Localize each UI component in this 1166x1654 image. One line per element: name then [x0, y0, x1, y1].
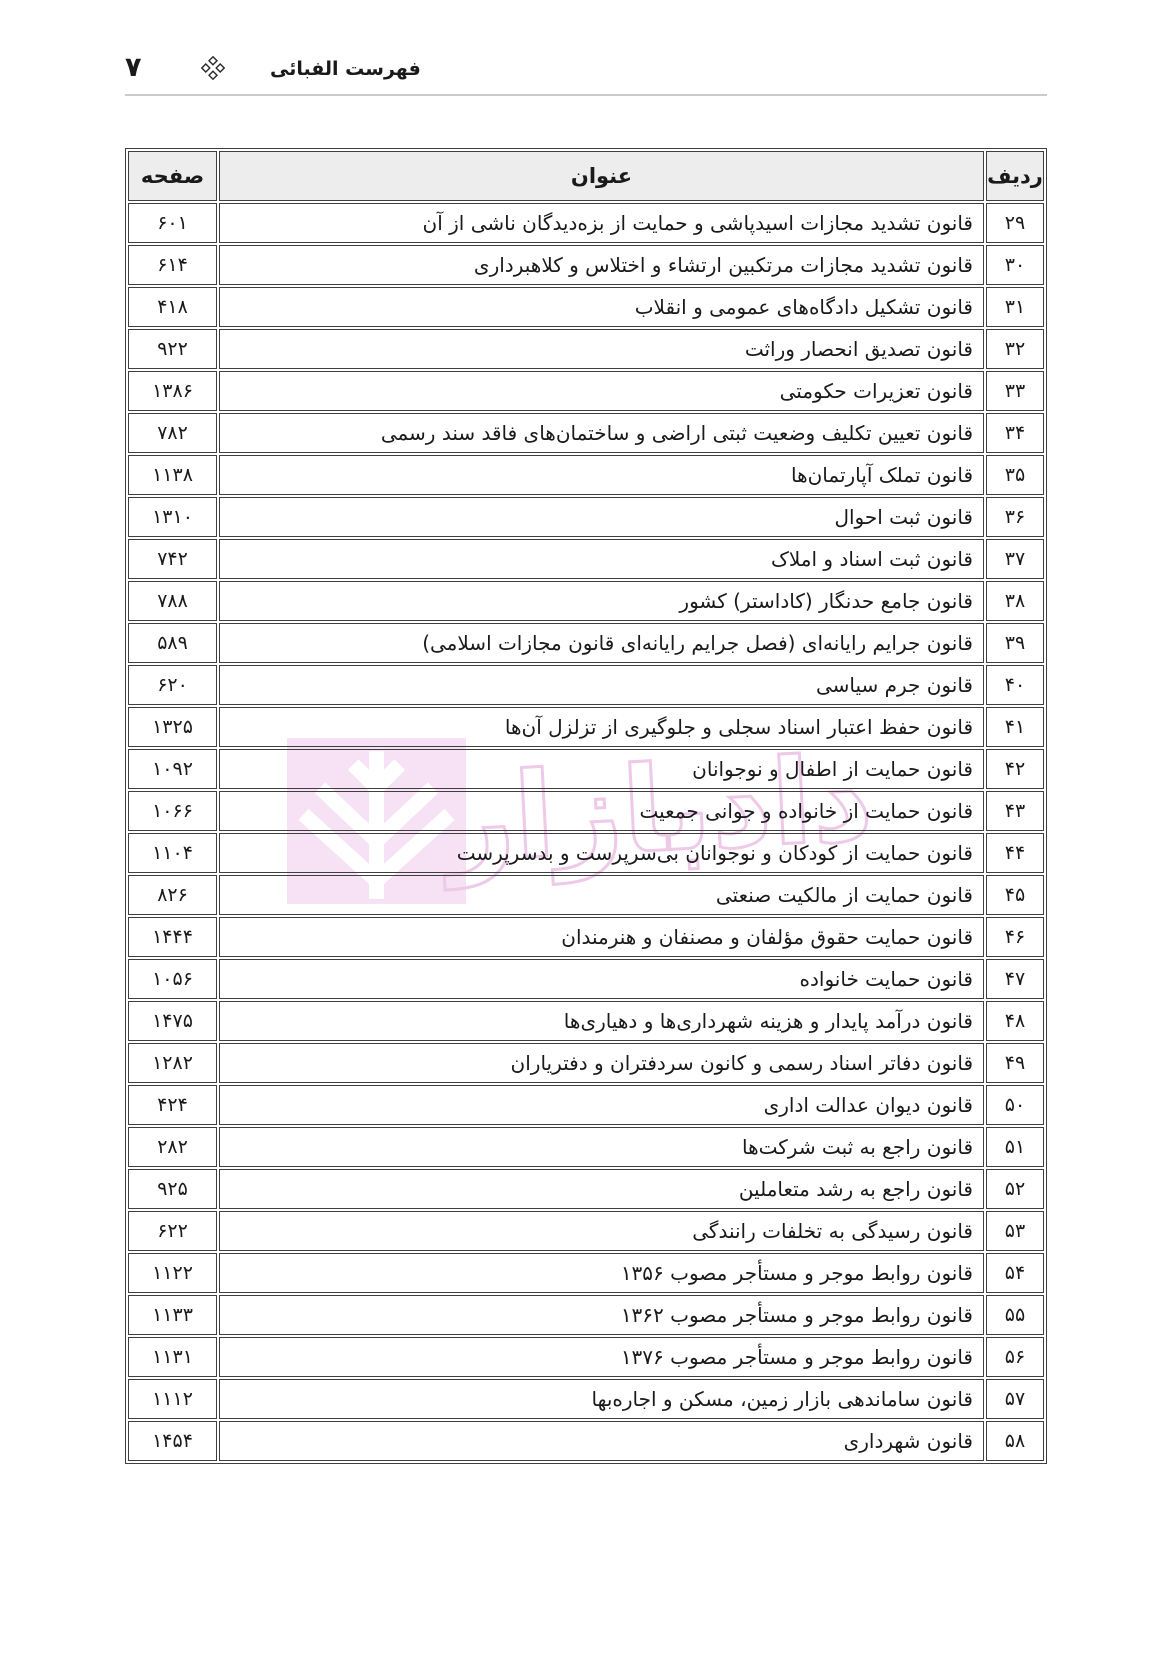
title-cell: قانون تشکیل دادگاه‌های عمومی و انقلاب: [219, 287, 984, 327]
document-page: { "page": { "number": "۷", "header_title…: [0, 0, 1166, 1654]
table-row: ۳۴قانون تعیین تکلیف وضعیت ثبتی اراضی و س…: [128, 413, 1044, 453]
row-number-cell: ۴۸: [986, 1001, 1044, 1041]
row-number-cell: ۳۱: [986, 287, 1044, 327]
row-number-cell: ۵۶: [986, 1337, 1044, 1377]
title-cell: قانون جرایم رایانه‌ای (فصل جرایم رایانه‌…: [219, 623, 984, 663]
table-row: ۴۸قانون درآمد پایدار و هزینه شهرداری‌ها …: [128, 1001, 1044, 1041]
table-row: ۳۰قانون تشدید مجازات مرتکبین ارتشاء و اخ…: [128, 245, 1044, 285]
page-cell: ۱۱۰۴: [128, 833, 217, 873]
table-row: ۴۰قانون جرم سیاسی۶۲۰: [128, 665, 1044, 705]
table-row: ۳۹قانون جرایم رایانه‌ای (فصل جرایم رایان…: [128, 623, 1044, 663]
title-cell: قانون روابط موجر و مستأجر مصوب ۱۳۵۶: [219, 1253, 984, 1293]
table-row: ۵۱قانون راجع به ثبت شرکت‌ها۲۸۲: [128, 1127, 1044, 1167]
page-cell: ۱۰۹۲: [128, 749, 217, 789]
row-number-cell: ۴۴: [986, 833, 1044, 873]
table-row: ۴۳قانون حمایت از خانواده و جوانی جمعیت۱۰…: [128, 791, 1044, 831]
row-number-cell: ۳۴: [986, 413, 1044, 453]
title-cell: قانون حمایت حقوق مؤلفان و مصنفان و هنرمن…: [219, 917, 984, 957]
row-number-cell: ۵۰: [986, 1085, 1044, 1125]
table-row: ۵۰قانون دیوان عدالت اداری۴۲۴: [128, 1085, 1044, 1125]
page-cell: ۱۳۲۵: [128, 707, 217, 747]
page-cell: ۲۸۲: [128, 1127, 217, 1167]
title-cell: قانون جرم سیاسی: [219, 665, 984, 705]
title-cell: قانون روابط موجر و مستأجر مصوب ۱۳۷۶: [219, 1337, 984, 1377]
page-cell: ۱۱۲۲: [128, 1253, 217, 1293]
row-number-cell: ۳۷: [986, 539, 1044, 579]
table-body: ۲۹قانون تشدید مجازات اسیدپاشی و حمایت از…: [128, 203, 1044, 1461]
page-cell: ۷۸۲: [128, 413, 217, 453]
title-cell: قانون شهرداری: [219, 1421, 984, 1461]
row-number-cell: ۵۲: [986, 1169, 1044, 1209]
table-row: ۳۲قانون تصدیق انحصار وراثت۹۲۲: [128, 329, 1044, 369]
title-cell: قانون ساماندهی بازار زمین، مسکن و اجاره‌…: [219, 1379, 984, 1419]
page-cell: ۱۱۱۲: [128, 1379, 217, 1419]
header-cell-page: صفحه: [128, 151, 217, 201]
law-index-table: ردیف عنوان صفحه ۲۹قانون تشدید مجازات اسی…: [125, 148, 1047, 1464]
page-cell: ۱۱۳۱: [128, 1337, 217, 1377]
page-cell: ۱۴۵۴: [128, 1421, 217, 1461]
table-row: ۴۹قانون دفاتر اسناد رسمی و کانون سردفترا…: [128, 1043, 1044, 1083]
table-header-row: ردیف عنوان صفحه: [128, 151, 1044, 201]
table-row: ۳۳قانون تعزیرات حکومتی۱۳۸۶: [128, 371, 1044, 411]
title-cell: قانون حمایت از خانواده و جوانی جمعیت: [219, 791, 984, 831]
table-row: ۳۶قانون ثبت احوال۱۳۱۰: [128, 497, 1044, 537]
row-number-cell: ۴۷: [986, 959, 1044, 999]
page-header: ۷ فهرست الفبائی: [125, 48, 1047, 92]
row-number-cell: ۳۰: [986, 245, 1044, 285]
table-row: ۵۵قانون روابط موجر و مستأجر مصوب ۱۳۶۲۱۱۳…: [128, 1295, 1044, 1335]
title-cell: قانون روابط موجر و مستأجر مصوب ۱۳۶۲: [219, 1295, 984, 1335]
title-cell: قانون دیوان عدالت اداری: [219, 1085, 984, 1125]
title-cell: قانون تشدید مجازات مرتکبین ارتشاء و اختل…: [219, 245, 984, 285]
title-cell: قانون تعیین تکلیف وضعیت ثبتی اراضی و ساخ…: [219, 413, 984, 453]
page-title: فهرست الفبائی: [270, 54, 421, 84]
row-number-cell: ۵۵: [986, 1295, 1044, 1335]
page-cell: ۶۲۲: [128, 1211, 217, 1251]
page-cell: ۴۱۸: [128, 287, 217, 327]
title-cell: قانون دفاتر اسناد رسمی و کانون سردفتران …: [219, 1043, 984, 1083]
page-cell: ۱۴۷۵: [128, 1001, 217, 1041]
title-cell: قانون ثبت اسناد و املاک: [219, 539, 984, 579]
title-cell: قانون حمایت خانواده: [219, 959, 984, 999]
title-cell: قانون تشدید مجازات اسیدپاشی و حمایت از ب…: [219, 203, 984, 243]
title-cell: قانون حمایت از اطفال و نوجوانان: [219, 749, 984, 789]
row-number-cell: ۴۶: [986, 917, 1044, 957]
title-cell: قانون رسیدگی به تخلفات رانندگی: [219, 1211, 984, 1251]
table-row: ۴۴قانون حمایت از کودکان و نوجوانان بی‌سر…: [128, 833, 1044, 873]
row-number-cell: ۴۳: [986, 791, 1044, 831]
title-cell: قانون حمایت از مالکیت صنعتی: [219, 875, 984, 915]
page-cell: ۵۸۹: [128, 623, 217, 663]
title-cell: قانون حمایت از کودکان و نوجوانان بی‌سرپر…: [219, 833, 984, 873]
table-row: ۵۶قانون روابط موجر و مستأجر مصوب ۱۳۷۶۱۱۳…: [128, 1337, 1044, 1377]
row-number-cell: ۳۹: [986, 623, 1044, 663]
table-row: ۵۲قانون راجع به رشد متعاملین۹۲۵: [128, 1169, 1044, 1209]
row-number-cell: ۳۸: [986, 581, 1044, 621]
title-cell: قانون تملک آپارتمان‌ها: [219, 455, 984, 495]
table-row: ۴۶قانون حمایت حقوق مؤلفان و مصنفان و هنر…: [128, 917, 1044, 957]
table-row: ۵۷قانون ساماندهی بازار زمین، مسکن و اجار…: [128, 1379, 1044, 1419]
row-number-cell: ۴۲: [986, 749, 1044, 789]
title-cell: قانون راجع به رشد متعاملین: [219, 1169, 984, 1209]
page-cell: ۱۳۱۰: [128, 497, 217, 537]
row-number-cell: ۵۸: [986, 1421, 1044, 1461]
table-row: ۳۱قانون تشکیل دادگاه‌های عمومی و انقلاب۴…: [128, 287, 1044, 327]
title-cell: قانون راجع به ثبت شرکت‌ها: [219, 1127, 984, 1167]
page-cell: ۴۲۴: [128, 1085, 217, 1125]
table-row: ۴۲قانون حمایت از اطفال و نوجوانان۱۰۹۲: [128, 749, 1044, 789]
table-row: ۴۵قانون حمایت از مالکیت صنعتی۸۲۶: [128, 875, 1044, 915]
table-row: ۴۱قانون حفظ اعتبار اسناد سجلی و جلوگیری …: [128, 707, 1044, 747]
page-cell: ۱۰۶۶: [128, 791, 217, 831]
page-cell: ۸۲۶: [128, 875, 217, 915]
table-row: ۳۸قانون جامع حدنگار (کاداستر) کشور۷۸۸: [128, 581, 1044, 621]
page-cell: ۷۸۸: [128, 581, 217, 621]
row-number-cell: ۴۹: [986, 1043, 1044, 1083]
title-cell: قانون جامع حدنگار (کاداستر) کشور: [219, 581, 984, 621]
row-number-cell: ۴۱: [986, 707, 1044, 747]
table-row: ۳۷قانون ثبت اسناد و املاک۷۴۲: [128, 539, 1044, 579]
title-cell: قانون حفظ اعتبار اسناد سجلی و جلوگیری از…: [219, 707, 984, 747]
page-cell: ۱۳۸۶: [128, 371, 217, 411]
row-number-cell: ۳۲: [986, 329, 1044, 369]
row-number-cell: ۵۴: [986, 1253, 1044, 1293]
title-cell: قانون تعزیرات حکومتی: [219, 371, 984, 411]
header-divider: [125, 94, 1047, 96]
row-number-cell: ۵۷: [986, 1379, 1044, 1419]
page-cell: ۶۰۱: [128, 203, 217, 243]
row-number-cell: ۴۰: [986, 665, 1044, 705]
row-number-cell: ۳۵: [986, 455, 1044, 495]
header-cell-row-number: ردیف: [986, 151, 1044, 201]
page-cell: ۹۲۲: [128, 329, 217, 369]
table-row: ۵۳قانون رسیدگی به تخلفات رانندگی۶۲۲: [128, 1211, 1044, 1251]
page-cell: ۱۰۵۶: [128, 959, 217, 999]
table-row: ۵۴قانون روابط موجر و مستأجر مصوب ۱۳۵۶۱۱۲…: [128, 1253, 1044, 1293]
page-cell: ۱۱۳۸: [128, 455, 217, 495]
page-cell: ۶۲۰: [128, 665, 217, 705]
page-cell: ۹۲۵: [128, 1169, 217, 1209]
page-cell: ۷۴۲: [128, 539, 217, 579]
row-number-cell: ۳۳: [986, 371, 1044, 411]
page-cell: ۱۲۸۲: [128, 1043, 217, 1083]
row-number-cell: ۵۳: [986, 1211, 1044, 1251]
page-cell: ۱۴۴۴: [128, 917, 217, 957]
row-number-cell: ۴۵: [986, 875, 1044, 915]
title-cell: قانون درآمد پایدار و هزینه شهرداری‌ها و …: [219, 1001, 984, 1041]
page-number: ۷: [125, 50, 141, 86]
row-number-cell: ۲۹: [986, 203, 1044, 243]
row-number-cell: ۳۶: [986, 497, 1044, 537]
table-row: ۴۷قانون حمایت خانواده۱۰۵۶: [128, 959, 1044, 999]
header-cell-title: عنوان: [219, 151, 984, 201]
table-row: ۲۹قانون تشدید مجازات اسیدپاشی و حمایت از…: [128, 203, 1044, 243]
page-cell: ۶۱۴: [128, 245, 217, 285]
title-cell: قانون ثبت احوال: [219, 497, 984, 537]
diamond-ornament-icon: [201, 56, 225, 80]
page-cell: ۱۱۳۳: [128, 1295, 217, 1335]
row-number-cell: ۵۱: [986, 1127, 1044, 1167]
table-row: ۳۵قانون تملک آپارتمان‌ها۱۱۳۸: [128, 455, 1044, 495]
table-row: ۵۸قانون شهرداری۱۴۵۴: [128, 1421, 1044, 1461]
title-cell: قانون تصدیق انحصار وراثت: [219, 329, 984, 369]
